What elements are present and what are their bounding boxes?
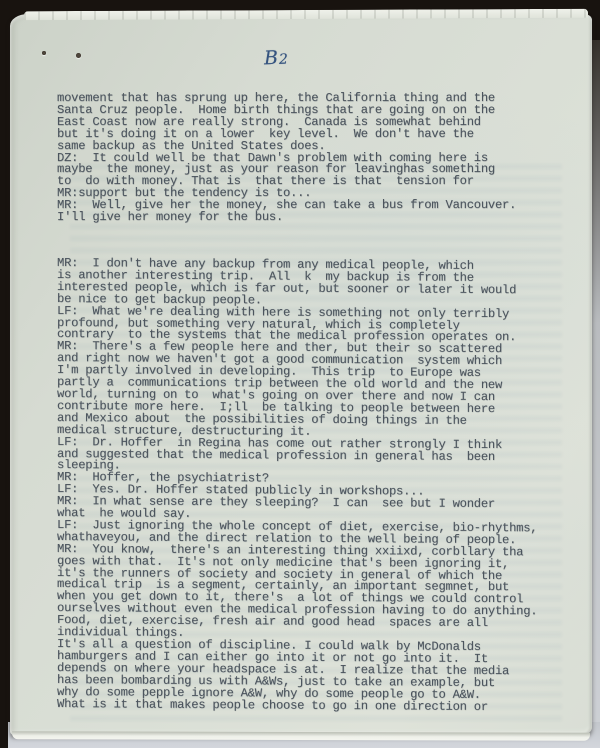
typed-text-area: movement that has sprung up here, the Ca…: [57, 93, 567, 710]
handwritten-page-number: B2: [264, 47, 290, 70]
staple-hole: [42, 51, 46, 55]
table-surface-right: [591, 40, 600, 748]
transcript-paragraph-2: MR: I don't have any backup from any med…: [57, 258, 567, 714]
transcript-paragraph-1: movement that has sprung up here, the Ca…: [57, 93, 567, 224]
document-page: B2 movement that has sprung up here, the…: [10, 14, 592, 735]
staple-hole: [76, 53, 81, 58]
